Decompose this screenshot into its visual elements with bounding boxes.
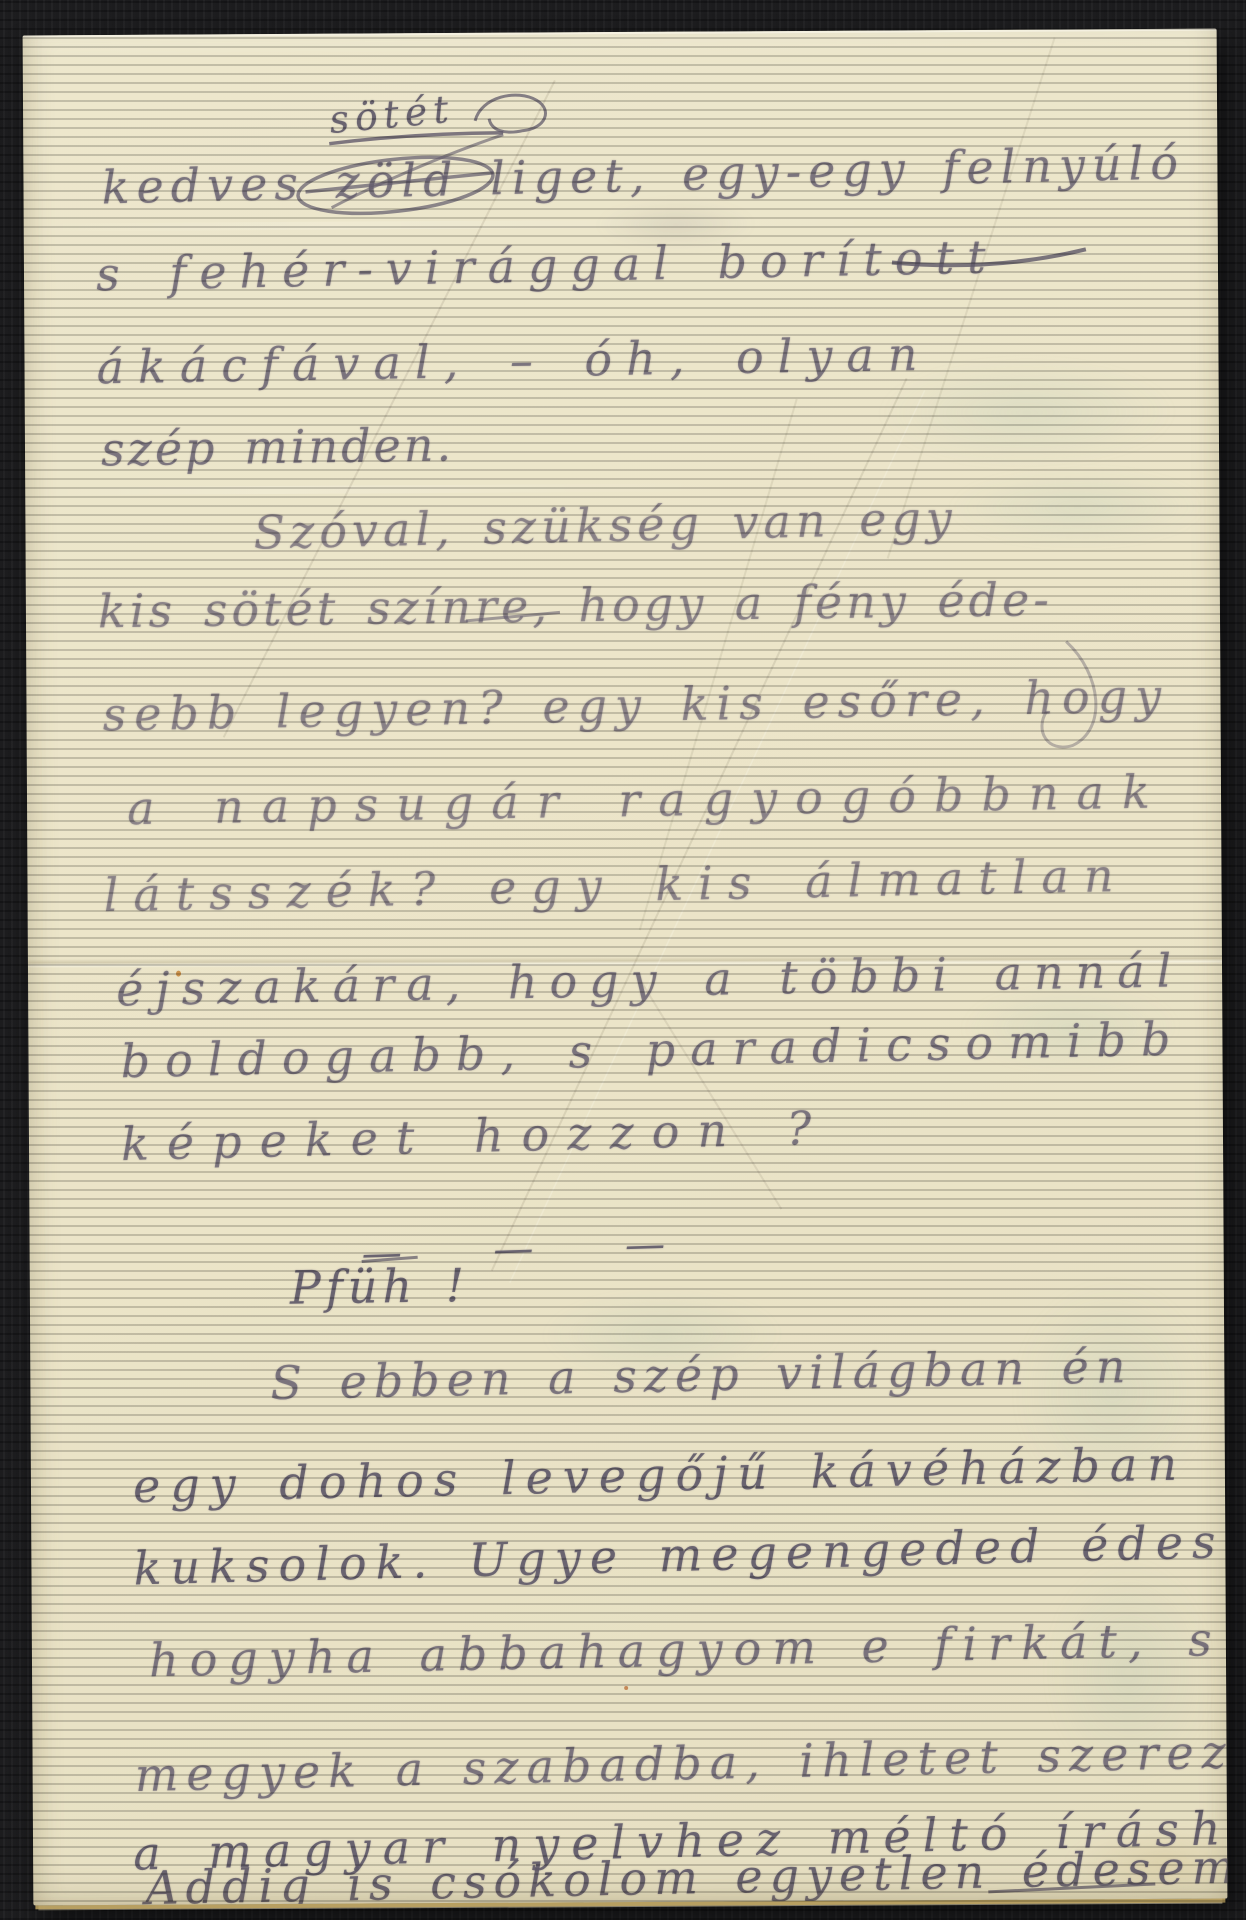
paper-streak [24, 218, 1039, 232]
letter-line: kuksolok. Ugye megengeded édes, [133, 1518, 1227, 1592]
struck-word-zold: zöld [335, 152, 460, 209]
photo-backdrop: sötét kedves zöld liget, egy-egy felnyúl… [0, 0, 1246, 1920]
letter-line: kedves zöld liget, egy-egy felnyúló [101, 139, 1185, 210]
letter-line: S ebben a szép világban én [270, 1343, 1133, 1406]
inserted-word-sotet: sötét [328, 90, 456, 139]
line-segment: kedves [101, 156, 306, 215]
letter-line: Szóval, szükség van egy [253, 495, 957, 556]
letter-line: megyek a szabadba, ihletet szerezni, [134, 1727, 1227, 1798]
paper-streak [25, 483, 861, 496]
letter-line: Pfüh ! [290, 1262, 470, 1311]
letter-line: ákácfával, – óh, olyan [96, 331, 932, 391]
insertion-curl-mark [475, 95, 546, 132]
ink-show-through [947, 467, 1207, 548]
paper-speck [624, 1686, 628, 1690]
letter-line: sebb legyen? egy kis esőre, hogy [102, 672, 1169, 737]
letter-line: s fehér-virággal borított [96, 234, 999, 298]
letter-line: látsszék? egy kis álmatlan [103, 852, 1129, 918]
letter-line: szép minden. [101, 421, 455, 472]
letter-line: a napsugár ragyogóbbnak [127, 768, 1168, 831]
letter-page: sötét kedves zöld liget, egy-egy felnyúl… [23, 29, 1228, 1906]
letter-line: képeket hozzon ? [121, 1105, 830, 1167]
letter-line: egy dohos levegőjű kávéházban [133, 1440, 1188, 1509]
line-segment: liget, egy-egy felnyúló [490, 135, 1186, 205]
letter-line: kis sötét színre, hogy a fény éde- [98, 576, 1053, 634]
letter-line: boldogabb, s paradicsomibb [120, 1015, 1186, 1084]
